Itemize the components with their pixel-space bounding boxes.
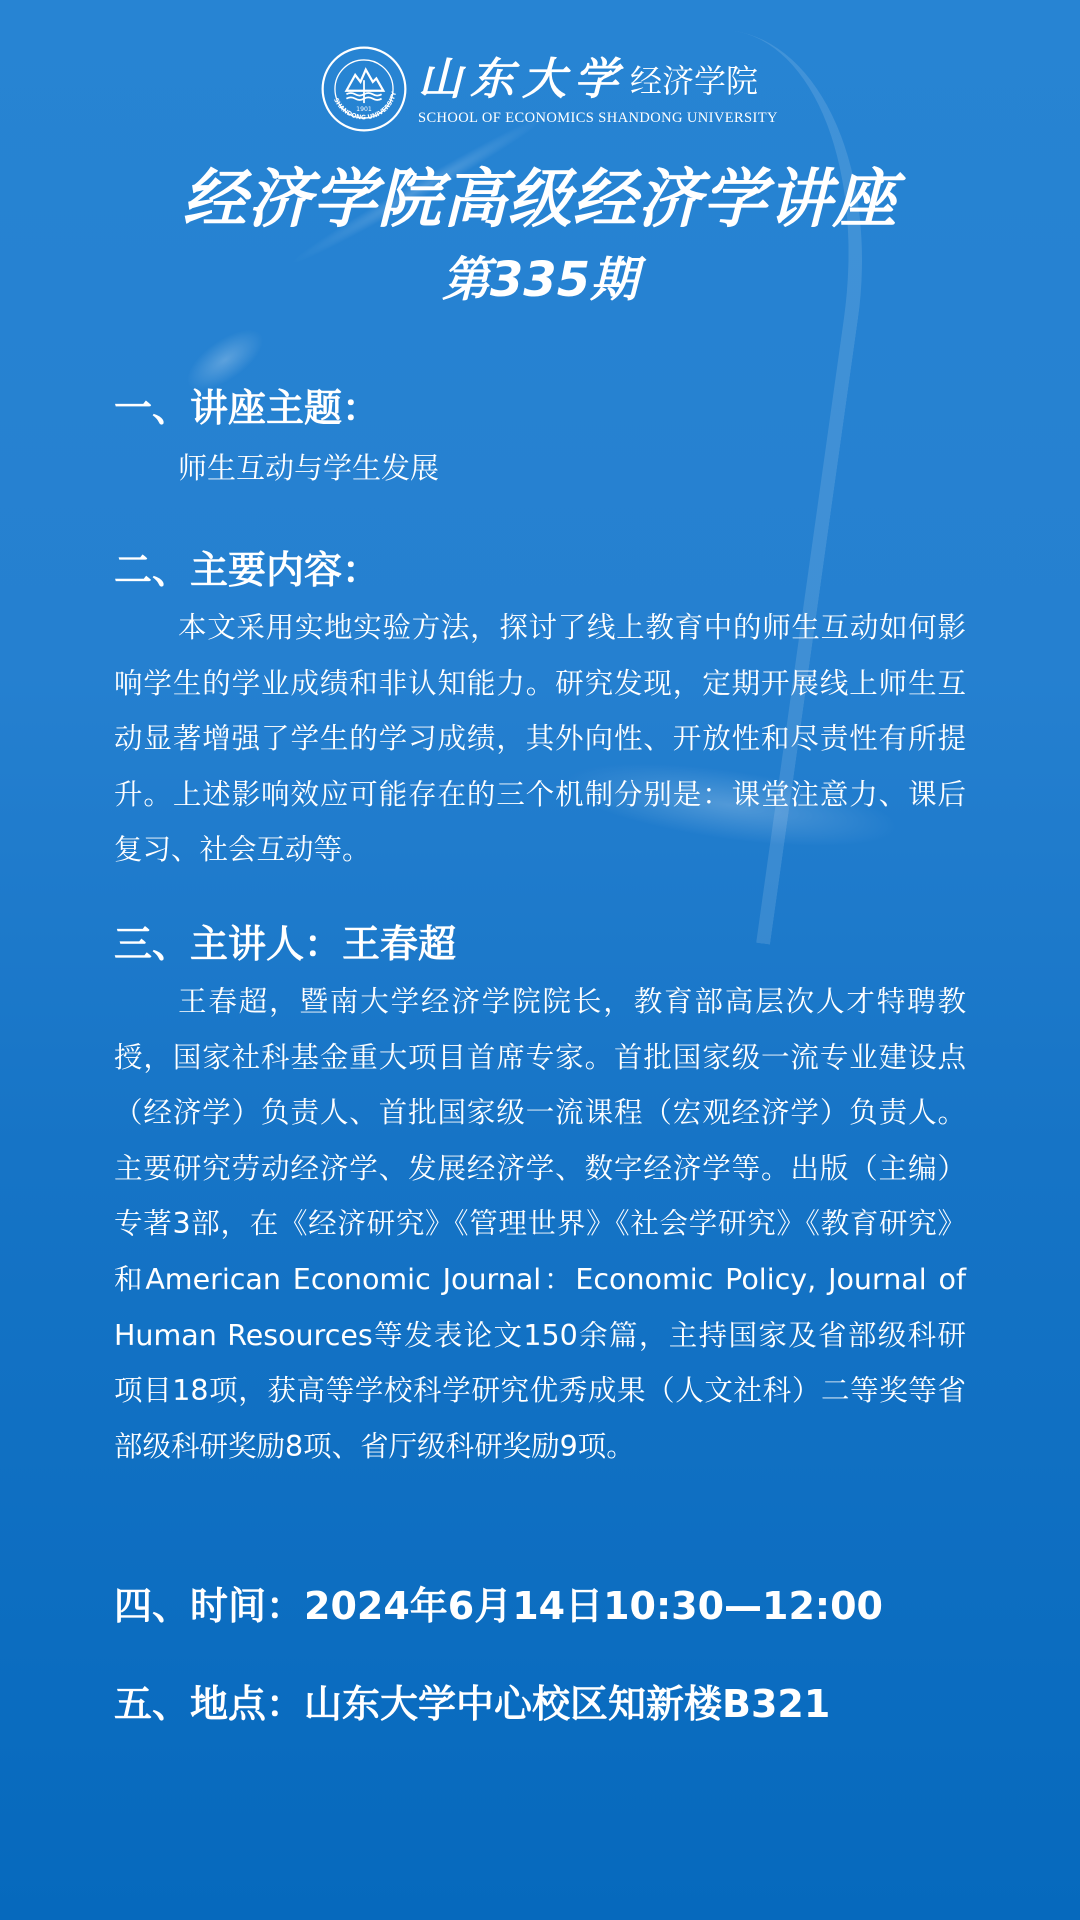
section-speaker: 三、主讲人：王春超 王春超，暨南大学经济学院院长，教育部高层次人才特聘教授，国家… bbox=[114, 920, 966, 1474]
section-location: 五、地点：山东大学中心校区知新楼B321 bbox=[114, 1680, 966, 1728]
section-topic: 一、讲座主题： 师生互动与学生发展 bbox=[114, 384, 966, 521]
speaker-heading: 三、主讲人：王春超 bbox=[114, 920, 966, 968]
issue-number: 第335期 bbox=[0, 250, 1080, 310]
section-time: 四、时间：2024年6月14日10:30—12:00 bbox=[114, 1582, 966, 1630]
topic-heading: 一、讲座主题： bbox=[114, 384, 966, 432]
shandong-university-seal-icon: 1901 SHANDONG UNIVERSITY bbox=[320, 45, 408, 133]
school-english-name: SCHOOL OF ECONOMICS SHANDONG UNIVERSITY bbox=[418, 110, 778, 127]
section-content: 二、主要内容： 本文采用实地实验方法，探讨了线上教育中的师生互动如何影响学生的学… bbox=[114, 546, 966, 878]
content-text: 本文采用实地实验方法，探讨了线上教育中的师生互动如何影响学生的学业成绩和非认知能… bbox=[114, 600, 966, 878]
content-heading: 二、主要内容： bbox=[114, 546, 966, 594]
school-logo: 1901 SHANDONG UNIVERSITY 山东大学 经济学院 SCHOO… bbox=[320, 44, 778, 134]
university-name: 山东大学 bbox=[418, 52, 626, 108]
svg-text:1901: 1901 bbox=[356, 106, 372, 113]
lecture-series-title: 经济学院高级经济学讲座 bbox=[0, 160, 1080, 240]
topic-text: 师生互动与学生发展 bbox=[178, 444, 966, 492]
speaker-bio: 王春超，暨南大学经济学院院长，教育部高层次人才特聘教授，国家社科基金重大项目首席… bbox=[114, 974, 966, 1474]
school-name: 经济学院 bbox=[630, 54, 758, 108]
time-heading: 四、时间：2024年6月14日10:30—12:00 bbox=[114, 1582, 966, 1630]
location-heading: 五、地点：山东大学中心校区知新楼B321 bbox=[114, 1680, 966, 1728]
